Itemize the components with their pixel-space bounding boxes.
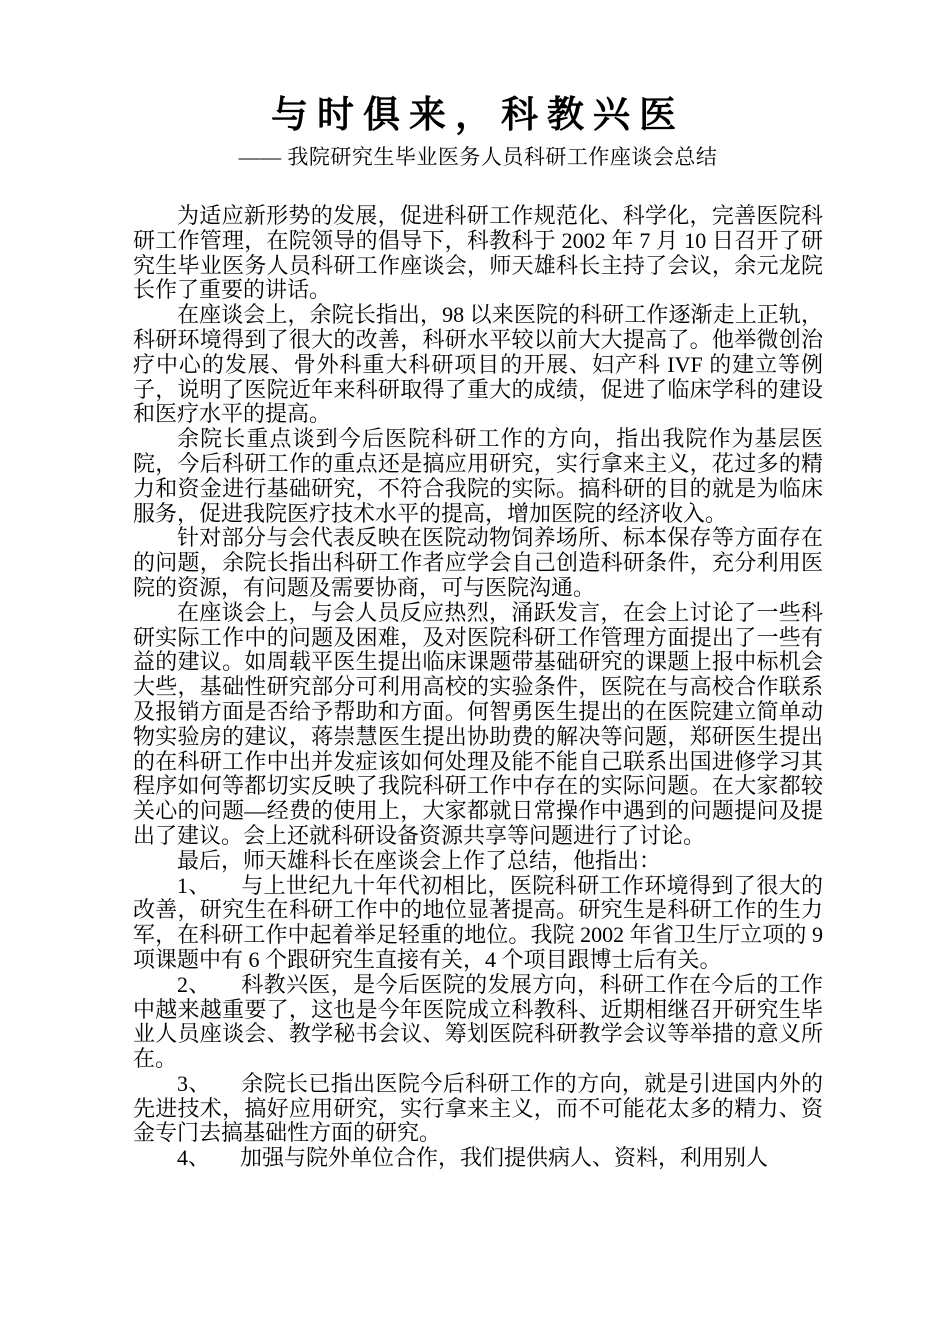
list-item-number: 1、 bbox=[177, 873, 211, 898]
list-item-number: 3、 bbox=[177, 1071, 211, 1096]
document-title: 与时俱来，科教兴医 bbox=[133, 92, 823, 140]
list-item-number: 2、 bbox=[177, 972, 211, 997]
document-body: 为适应新形势的发展，促进科研工作规范化、科学化，完善医院科研工作管理，在院领导的… bbox=[133, 204, 823, 1171]
list-item-text: 加强与院外单位合作，我们提供病人、资料，利用别人 bbox=[240, 1145, 768, 1170]
document-subtitle: —— 我院研究生毕业医务人员科研工作座谈会总结 bbox=[133, 142, 823, 172]
document-page: 与时俱来，科教兴医 —— 我院研究生毕业医务人员科研工作座谈会总结 为适应新形势… bbox=[0, 0, 950, 1344]
list-item-text: 与上世纪九十年代初相比，医院科研工作环境得到了很大的改善，研究生在科研工作中的地… bbox=[133, 873, 823, 972]
list-item-text: 余院长已指出医院今后科研工作的方向，就是引进国内外的先进技术，搞好应用研究，实行… bbox=[133, 1071, 823, 1146]
list-item-number: 4、 bbox=[177, 1145, 210, 1170]
paragraph: 在座谈会上，与会人员反应热烈，涌跃发言，在会上讨论了一些科研实际工作中的问题及困… bbox=[133, 601, 823, 849]
paragraph: 最后，师天雄科长在座谈会上作了总结，他指出： bbox=[133, 849, 823, 874]
paragraph: 为适应新形势的发展，促进科研工作规范化、科学化，完善医院科研工作管理，在院领导的… bbox=[133, 204, 823, 303]
paragraph: 余院长重点谈到今后医院科研工作的方向，指出我院作为基层医院，今后科研工作的重点还… bbox=[133, 427, 823, 526]
list-item: 2、科教兴医，是今后医院的发展方向，科研工作在今后的工作中越来越重要了，这也是今… bbox=[133, 973, 823, 1072]
list-item-text: 科教兴医，是今后医院的发展方向，科研工作在今后的工作中越来越重要了，这也是今年医… bbox=[133, 972, 823, 1071]
paragraph: 针对部分与会代表反映在医院动物饲养场所、标本保存等方面存在的问题，余院长指出科研… bbox=[133, 526, 823, 600]
list-item: 4、加强与院外单位合作，我们提供病人、资料，利用别人 bbox=[133, 1146, 823, 1171]
list-item: 3、余院长已指出医院今后科研工作的方向，就是引进国内外的先进技术，搞好应用研究，… bbox=[133, 1072, 823, 1146]
paragraph: 在座谈会上，余院长指出，98 以来医院的科研工作逐渐走上正轨，科研环境得到了很大… bbox=[133, 303, 823, 427]
list-item: 1、与上世纪九十年代初相比，医院科研工作环境得到了很大的改善，研究生在科研工作中… bbox=[133, 874, 823, 973]
